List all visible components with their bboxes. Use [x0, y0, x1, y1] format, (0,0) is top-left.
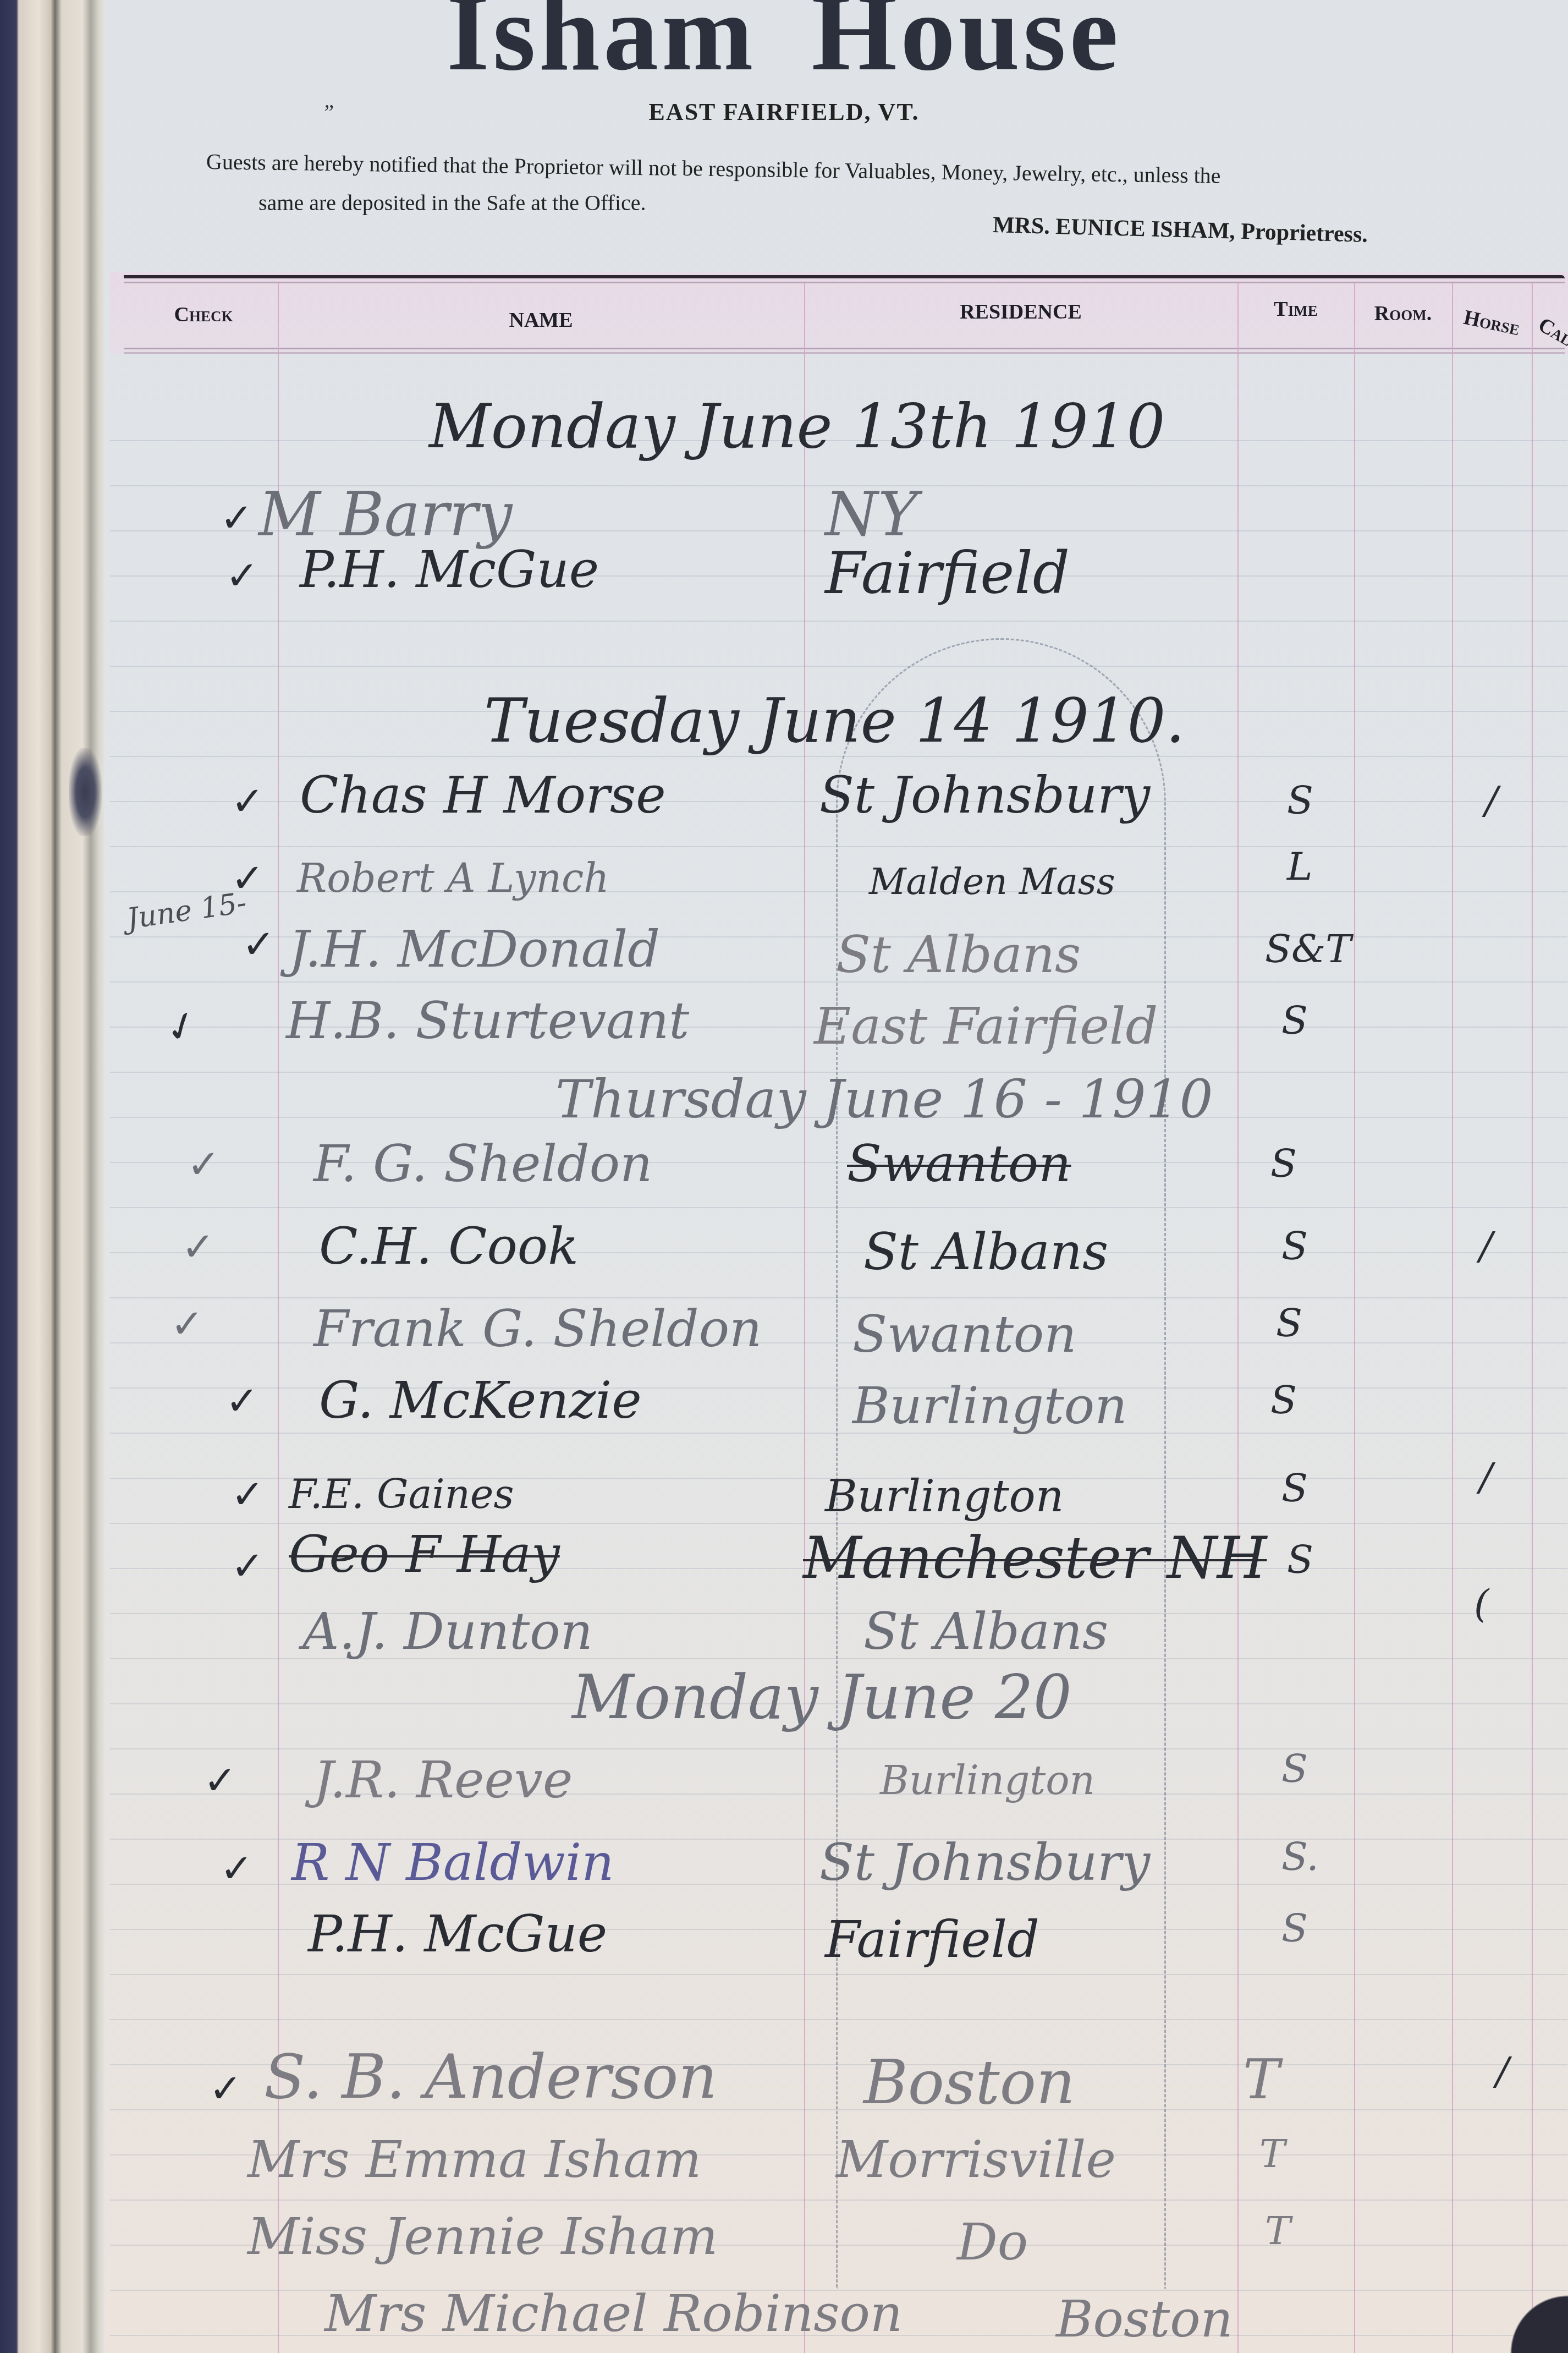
header-rule-bottom [124, 348, 1565, 349]
time-mark: S [1281, 1469, 1308, 1507]
guest-name: H.B. Sturtevant [286, 996, 689, 1046]
check-mark: ✓ [209, 2069, 242, 2108]
time-mark: S [1281, 1749, 1308, 1788]
time-mark: T [1265, 2212, 1291, 2250]
register-page: IshamHouse ” EAST FAIRFIELD, VT. Guests … [0, 0, 1568, 2353]
header-rule-top-inner [124, 282, 1565, 283]
guest-residence: Malden Mass [869, 864, 1115, 900]
check-mark: ✓ [203, 1760, 236, 1800]
check-mark: ✓ [231, 1474, 264, 1514]
liability-notice-line-1: Guests are hereby notified that the Prop… [206, 149, 1537, 193]
time-mark: S [1281, 1909, 1308, 1948]
title-word-isham: Isham [447, 0, 757, 88]
horse-mark: ( [1474, 1584, 1489, 1623]
check-mark: ✓ [225, 1381, 258, 1420]
liability-notice-line-2: same are deposited in the Safe at the Of… [258, 190, 646, 216]
header-rule-bottom-inner [124, 352, 1565, 354]
time-mark: S [1276, 1304, 1302, 1342]
guest-name: P.H. McGue [300, 545, 599, 595]
horse-mark: / [1479, 1458, 1493, 1496]
column-header-name: NAME [278, 308, 804, 332]
guest-name: Mrs Emma Isham [247, 2135, 701, 2185]
horse-mark: / [1485, 781, 1498, 820]
guest-residence: St Albans [836, 930, 1081, 980]
time-mark: S&T [1265, 930, 1351, 968]
column-header-check: Check [165, 303, 242, 327]
guest-residence: NY [825, 484, 918, 545]
guest-residence: St Albans [863, 1227, 1108, 1277]
guest-residence: Burlington [825, 1474, 1064, 1518]
guest-residence: Swanton [852, 1309, 1077, 1360]
guest-name: J.H. McDonald [289, 924, 660, 975]
time-mark: T [1259, 2135, 1285, 2173]
guest-residence: St Albans [863, 1606, 1108, 1657]
check-mark: ✓ [220, 1849, 253, 1888]
time-mark: S [1287, 1540, 1313, 1579]
horse-mark: / [1496, 2052, 1509, 2091]
guest-name: C.H. Cook [319, 1221, 579, 1272]
guest-name: Miss Jennie Isham [247, 2212, 718, 2262]
check-mark: ✓ [231, 1546, 264, 1586]
check-mark: ✓ [181, 1227, 214, 1266]
guest-residence: Fairfield [825, 545, 1070, 602]
guest-residence: St Johnsbury [819, 770, 1150, 821]
guest-residence: East Fairfield [814, 1001, 1158, 1052]
guest-residence: Manchester NH [803, 1529, 1267, 1587]
time-mark: S [1281, 1001, 1308, 1040]
check-mark: ✓ [225, 556, 258, 595]
check-mark: ✓ [220, 498, 253, 537]
proprietress-line: MRS. EUNICE ISHAM, Proprietress. [992, 212, 1368, 248]
guest-name: R N Baldwin [291, 1838, 614, 1888]
check-mark: ✓ [187, 1144, 220, 1184]
title-word-house: House [812, 0, 1121, 88]
column-header-time: Time [1237, 297, 1354, 321]
check-mark: ✓ [170, 1304, 203, 1343]
guest-name: S. B. Anderson [264, 2047, 717, 2107]
check-mark: ✓ [231, 858, 264, 898]
column-header-residence: RESIDENCE [804, 300, 1237, 324]
guest-name: J.R. Reeve [313, 1755, 573, 1806]
time-mark: S [1287, 781, 1313, 820]
guest-name: Mrs Michael Robinson [324, 2289, 903, 2339]
guest-name: Chas H Morse [300, 770, 666, 821]
horse-mark: / [1479, 1227, 1493, 1265]
header-rule-top [124, 275, 1565, 278]
column-header-room: Room. [1354, 301, 1452, 326]
book-binding-edge [0, 0, 104, 2353]
guest-name: F.E. Gaines [289, 1474, 514, 1514]
hotel-title: IshamHouse [0, 0, 1568, 88]
guest-residence: Boston [1056, 2294, 1233, 2345]
guest-residence: Morrisville [836, 2135, 1116, 2185]
time-mark: T [1243, 2052, 1280, 2107]
time-mark: S [1270, 1381, 1297, 1419]
guest-name: A.J. Dunton [302, 1606, 593, 1657]
guest-residence: St Johnsbury [819, 1838, 1150, 1888]
check-mark: ✓ [231, 781, 264, 821]
guest-name: G. McKenzie [319, 1375, 642, 1426]
guest-residence: Fairfield [825, 1915, 1039, 1965]
time-mark: S [1281, 1227, 1308, 1265]
guest-residence: Burlington [880, 1760, 1095, 1800]
guest-residence: Boston [863, 2052, 1075, 2113]
guest-name: Robert A Lynch [297, 858, 609, 898]
date-header: Tuesday June 14 1910. [484, 690, 1185, 751]
time-mark: S [1270, 1144, 1297, 1183]
ink-stain [69, 748, 102, 836]
guest-name: M Barry [258, 484, 512, 545]
guest-name: F. G. Sheldon [313, 1139, 652, 1189]
guest-residence: Do [957, 2217, 1028, 2268]
guest-name: Frank G. Sheldon [313, 1304, 762, 1354]
guest-name: Geo F Hay [289, 1529, 560, 1580]
date-header: Monday June 20 [572, 1667, 1072, 1727]
guest-residence: Swanton [847, 1139, 1071, 1189]
check-mark: ✓ [242, 924, 275, 964]
date-header: Thursday June 16 - 1910 [555, 1073, 1213, 1126]
time-mark: S. [1281, 1838, 1319, 1876]
guest-residence: Burlington [852, 1381, 1127, 1431]
date-header: Monday June 13th 1910 [429, 396, 1165, 457]
time-mark: L [1287, 847, 1312, 886]
book-corner-shadow [1502, 2287, 1568, 2353]
hotel-location: EAST FAIRFIELD, VT. [0, 98, 1568, 126]
guest-name: P.H. McGue [308, 1909, 607, 1960]
